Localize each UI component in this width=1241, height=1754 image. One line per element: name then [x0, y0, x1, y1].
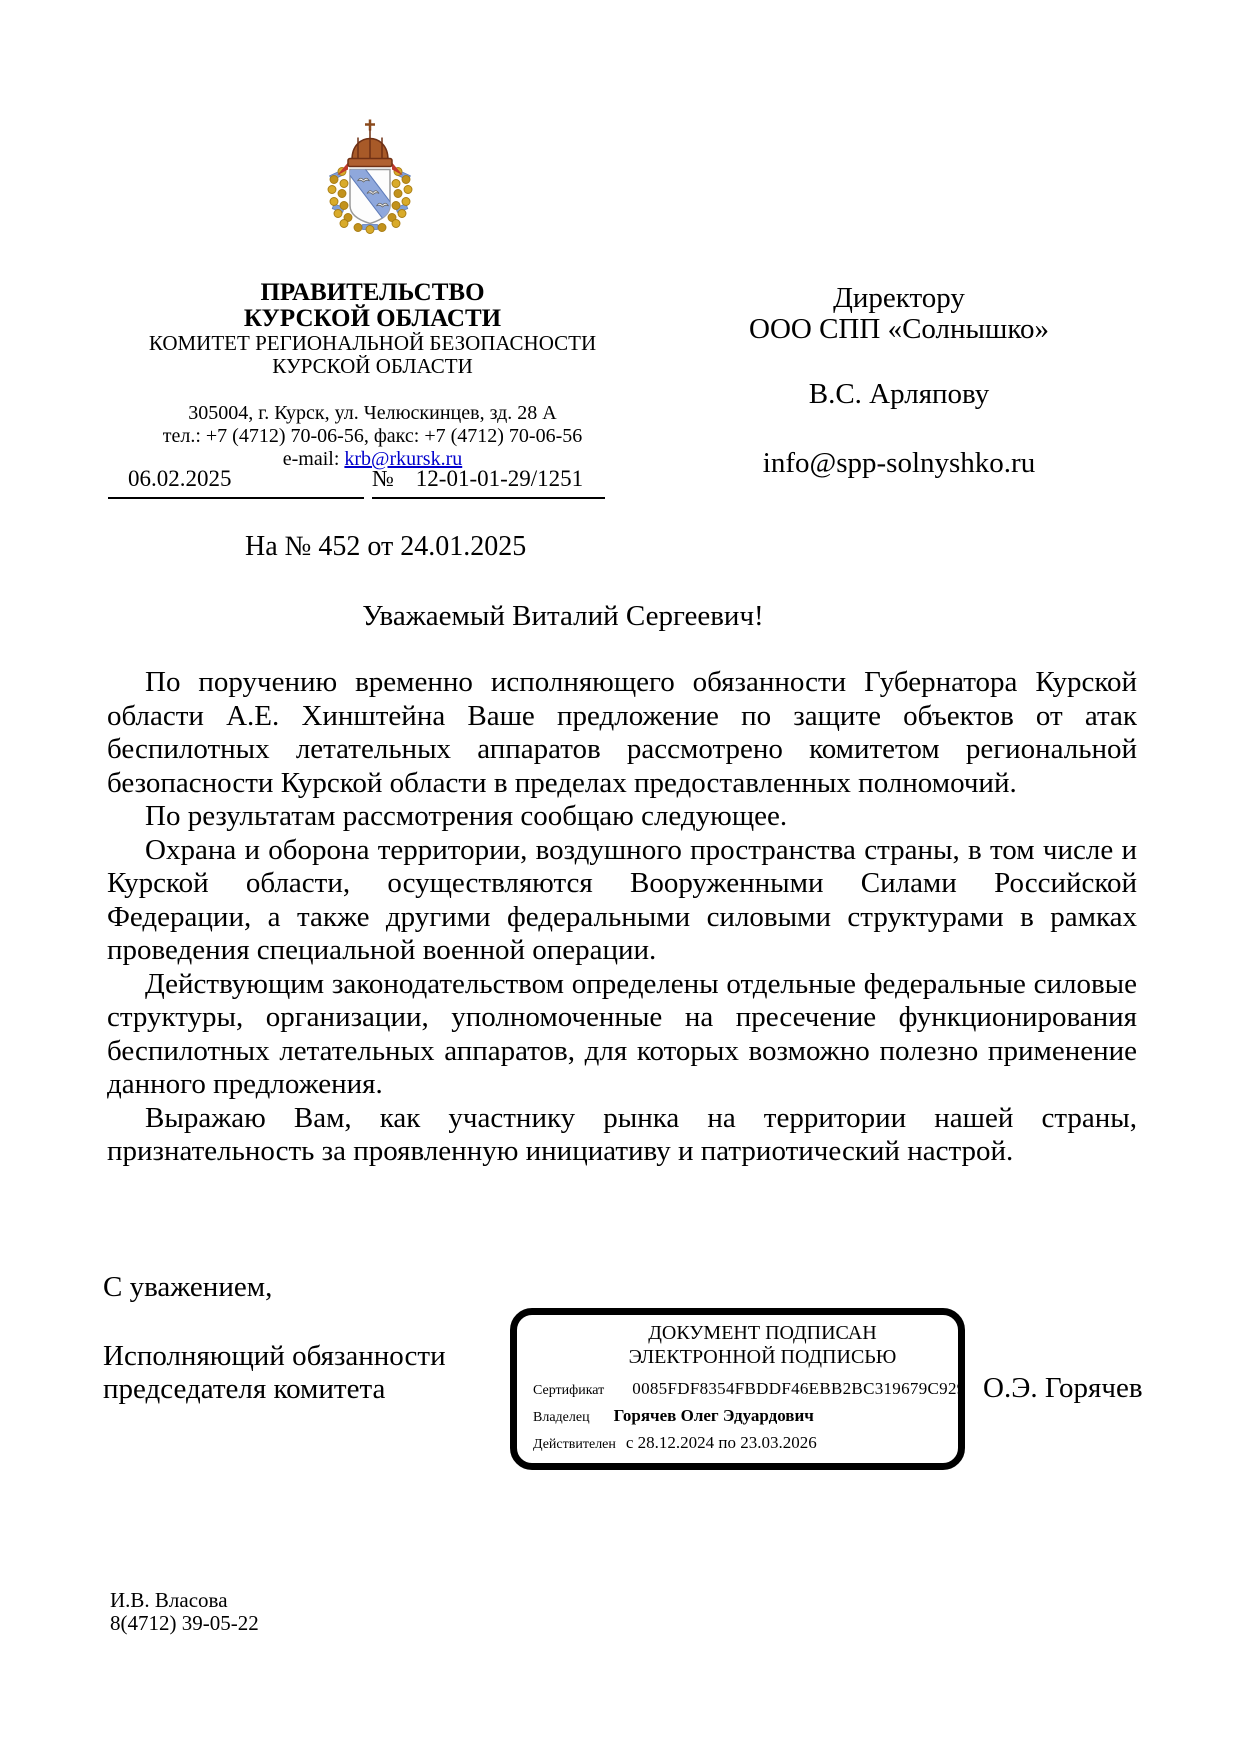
letter-body: По поручению временно исполняющего обяза… [107, 666, 1137, 1169]
recipient-title: Директору [660, 283, 1138, 314]
stamp-cert-label: Сертификат [533, 1383, 604, 1399]
doc-date: 06.02.2025 [108, 466, 364, 499]
body-paragraph-3: Охрана и оборона территории, воздушного … [107, 834, 1137, 968]
org-name-line1: ПРАВИТЕЛЬСТВО [135, 280, 610, 306]
executor-phone: 8(4712) 39-05-22 [110, 1612, 259, 1635]
recipient-name: В.С. Арляпову [660, 379, 1138, 410]
body-paragraph-1: По поручению временно исполняющего обяза… [107, 666, 1137, 800]
stamp-owner-label: Владелец [533, 1410, 590, 1426]
body-paragraph-2: По результатам рассмотрения сообщаю след… [107, 800, 1137, 834]
stamp-title-line2: ЭЛЕКТРОННОЙ ПОДПИСЬЮ [567, 1345, 958, 1369]
number-sign: № [372, 466, 394, 492]
signer-position-line1: Исполняющий обязанности [103, 1340, 446, 1373]
committee-name-line1: КОМИТЕТ РЕГИОНАЛЬНОЙ БЕЗОПАСНОСТИ [135, 332, 610, 355]
kursk-coat-of-arms-icon [308, 116, 433, 246]
org-phone-fax: тел.: +7 (4712) 70-06-56, факс: +7 (4712… [135, 425, 610, 448]
stamp-title: ДОКУМЕНТ ПОДПИСАН ЭЛЕКТРОННОЙ ПОДПИСЬЮ [517, 1321, 958, 1369]
recipient-block: Директору ООО СПП «Солнышко» В.С. Арляпо… [660, 283, 1138, 479]
signer-position: Исполняющий обязанности председателя ком… [103, 1340, 446, 1406]
signer-position-line2: председателя комитета [103, 1373, 446, 1406]
digital-signature-stamp: ДОКУМЕНТ ПОДПИСАН ЭЛЕКТРОННОЙ ПОДПИСЬЮ С… [510, 1308, 965, 1470]
reference-line: На № 452 от 24.01.2025 [245, 531, 526, 563]
letterhead: ПРАВИТЕЛЬСТВО КУРСКОЙ ОБЛАСТИ КОМИТЕТ РЕ… [135, 280, 610, 471]
stamp-certificate-row: Сертификат 0085FDF8354FBDDF46EBB2BC31967… [517, 1379, 958, 1406]
stamp-validity-row: Действителен с 28.12.2024 по 23.03.2026 [517, 1433, 958, 1460]
date-number-row: 06.02.2025 № 12-01-01-29/1251 [108, 466, 605, 499]
executor-name: И.В. Власова [110, 1589, 259, 1612]
org-name-line2: КУРСКОЙ ОБЛАСТИ [135, 306, 610, 332]
doc-number-cell: № 12-01-01-29/1251 [372, 466, 605, 499]
recipient-company: ООО СПП «Солнышко» [660, 314, 1138, 345]
executor-block: И.В. Власова 8(4712) 39-05-22 [110, 1589, 259, 1635]
recipient-email: info@spp-solnyshko.ru [660, 448, 1138, 479]
signer-name: О.Э. Горячев [983, 1372, 1143, 1405]
body-paragraph-5: Выражаю Вам, как участнику рынка на терр… [107, 1102, 1137, 1169]
org-address: 305004, г. Курск, ул. Челюскинцев, зд. 2… [135, 402, 610, 425]
doc-number: 12-01-01-29/1251 [394, 466, 605, 492]
emblem-crown [337, 120, 403, 176]
salutation: Уважаемый Виталий Сергеевич! [107, 600, 1019, 633]
letter-page: ПРАВИТЕЛЬСТВО КУРСКОЙ ОБЛАСТИ КОМИТЕТ РЕ… [0, 0, 1241, 1754]
stamp-owner-value: Горячев Олег Эдуардович [614, 1406, 814, 1426]
stamp-cert-value: 0085FDF8354FBDDF46EBB2BC319679C929 [632, 1379, 965, 1399]
stamp-valid-label: Действителен [533, 1437, 616, 1453]
closing: С уважением, [103, 1271, 272, 1304]
stamp-title-line1: ДОКУМЕНТ ПОДПИСАН [567, 1321, 958, 1345]
stamp-valid-value: с 28.12.2024 по 23.03.2026 [626, 1433, 817, 1453]
stamp-owner-row: Владелец Горячев Олег Эдуардович [517, 1406, 958, 1433]
body-paragraph-4: Действующим законодательством определены… [107, 968, 1137, 1102]
committee-name-line2: КУРСКОЙ ОБЛАСТИ [135, 355, 610, 378]
